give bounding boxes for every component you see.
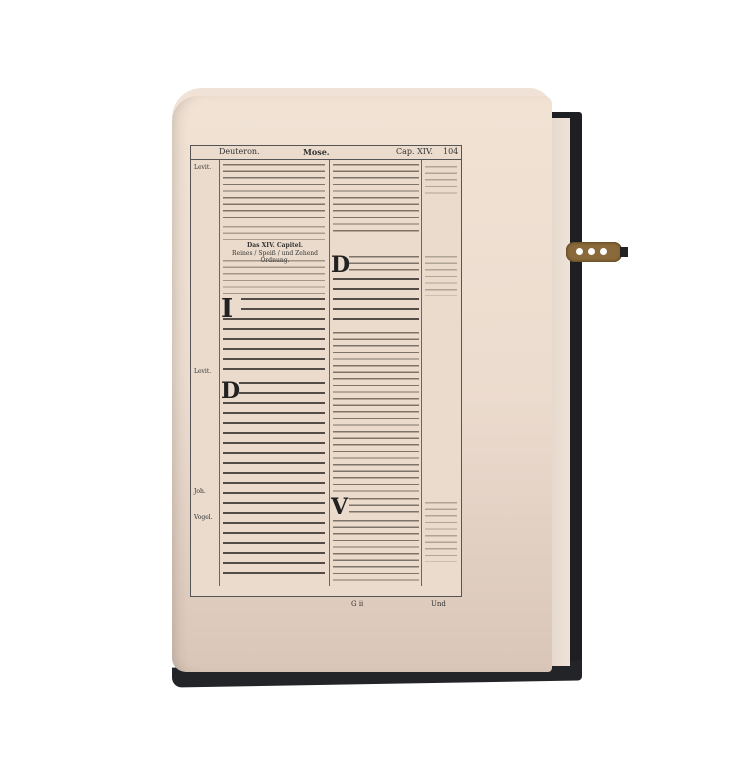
running-head: Deuteron. Mose. Cap. XIV. 104 bbox=[191, 145, 461, 160]
page-number: 104 bbox=[443, 147, 458, 156]
text-lines bbox=[333, 164, 419, 234]
margin-rule bbox=[219, 160, 220, 586]
text-lines bbox=[223, 226, 325, 240]
margin-note: Joh. bbox=[194, 488, 206, 495]
margin-note: Vogel. bbox=[194, 514, 213, 521]
text-lines bbox=[333, 278, 419, 328]
running-head-left: Deuteron. bbox=[219, 147, 260, 156]
running-head-right: Cap. XIV. bbox=[396, 147, 433, 156]
margin-note-lines bbox=[425, 256, 457, 296]
margin-rule-right bbox=[421, 160, 422, 586]
catchword: Und bbox=[431, 600, 446, 608]
text-lines bbox=[333, 332, 419, 492]
margin-note-lines bbox=[425, 502, 457, 562]
margin-note: Levit. bbox=[194, 368, 211, 375]
text-lines bbox=[333, 520, 419, 584]
signature-mark: G ii bbox=[351, 600, 363, 608]
drop-cap: V bbox=[331, 494, 348, 520]
text-lines bbox=[349, 498, 419, 518]
brass-clasp-icon bbox=[566, 242, 622, 262]
chapter-heading: Das XIV. Capitel. bbox=[223, 242, 327, 249]
text-lines bbox=[239, 382, 325, 402]
drop-cap: D bbox=[331, 252, 350, 278]
margin-note: Levit. bbox=[194, 164, 211, 171]
text-lines bbox=[223, 260, 325, 294]
margin-note-lines bbox=[425, 166, 457, 196]
printed-text-block: Deuteron. Mose. Cap. XIV. 104 Levit. Lev… bbox=[190, 145, 462, 597]
text-lines bbox=[223, 318, 325, 378]
column-rule bbox=[329, 160, 330, 586]
drop-cap: D bbox=[221, 378, 240, 404]
text-lines bbox=[223, 164, 325, 222]
text-lines bbox=[241, 298, 325, 318]
text-lines bbox=[349, 256, 419, 276]
running-head-center: Mose. bbox=[303, 147, 330, 157]
text-lines bbox=[223, 402, 325, 582]
